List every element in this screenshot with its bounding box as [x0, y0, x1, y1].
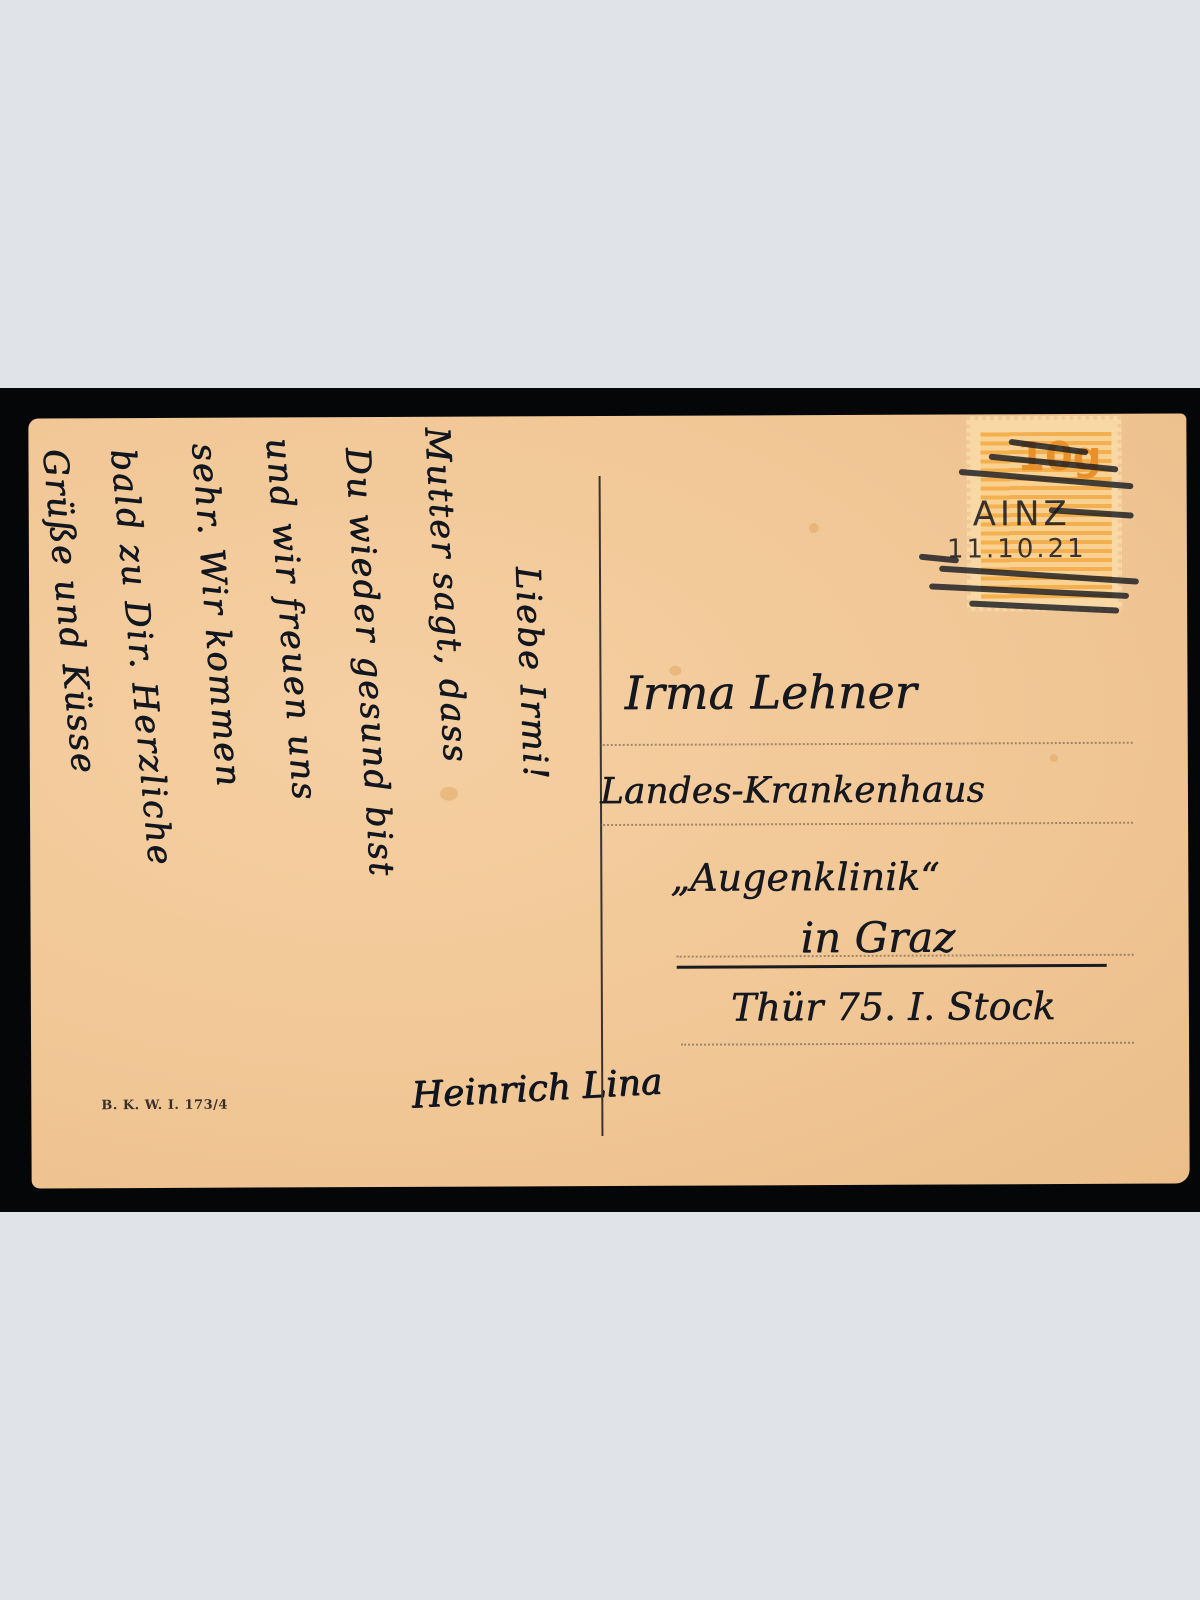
- paper-stain: [809, 523, 819, 533]
- message-line: Du wieder gesund bist: [340, 446, 398, 878]
- address-guide-line: [600, 822, 1133, 826]
- postmark-town: AINZ: [973, 494, 1071, 534]
- address-line-institution: Landes-Krankenhaus: [600, 769, 985, 812]
- message-line: Mutter sagt, dass: [420, 426, 473, 764]
- recipient-name: Irma Lehner: [624, 665, 916, 720]
- city-underline: [677, 964, 1107, 969]
- address-guide-line: [681, 1042, 1134, 1046]
- address-line-department: „Augenklinik“: [670, 855, 940, 900]
- message-line: sehr. Wir kommen: [186, 442, 246, 789]
- message-line: Liebe Irmi!: [510, 566, 552, 782]
- cancellation-bars: [898, 430, 1138, 431]
- paper-stain: [1050, 754, 1058, 762]
- address-line-room: Thür 75. I. Stock: [731, 984, 1056, 1029]
- message-line: bald zu Dir. Herzliche: [105, 447, 177, 867]
- postmark: AINZ 11.10.21: [898, 430, 1139, 611]
- publisher-imprint: B. K. W. I. 173/4: [101, 1098, 228, 1114]
- postcard: Liebe Irmi! Mutter sagt, dass Du wieder …: [28, 413, 1189, 1188]
- postmark-date: 11.10.21: [947, 534, 1087, 565]
- message-line: Grüße und Küsse: [37, 447, 101, 776]
- handwritten-message: Liebe Irmi! Mutter sagt, dass Du wieder …: [33, 426, 591, 1118]
- message-line: und wir freuen uns: [261, 437, 322, 803]
- address-guide-line: [600, 742, 1133, 746]
